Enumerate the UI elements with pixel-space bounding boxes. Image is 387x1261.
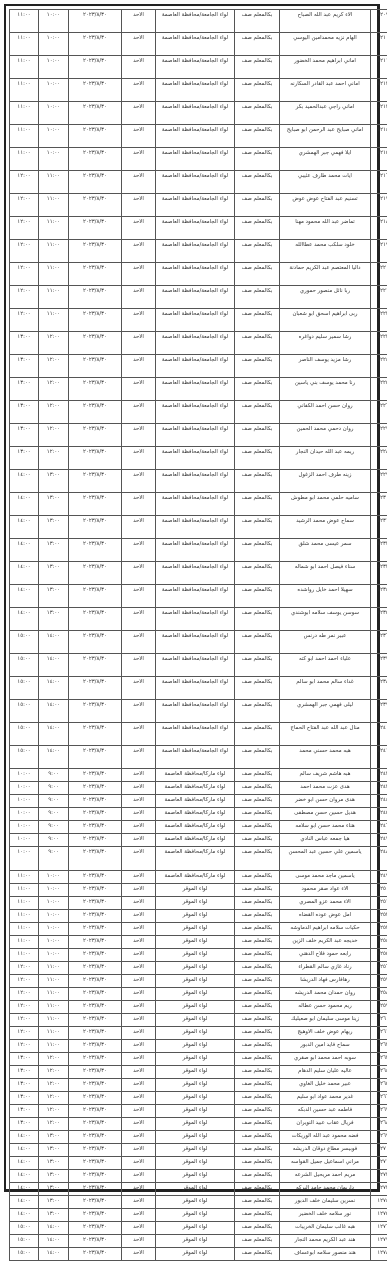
start-time: ١٢:٠٠ (39, 424, 69, 447)
table-row: ١٢٦٣سوبه احمد محمد ابو صقريبكالمعلم صفلو… (10, 1053, 387, 1066)
exam-date: ٢٠٢٣/٨/٣٠ (69, 834, 122, 847)
end-time: ١٠:٠٠ (10, 808, 39, 821)
row-number: ١٢٦٢ (371, 1040, 387, 1053)
row-number: ١٢٤٨ (371, 847, 387, 871)
row-number: ١٢١٠ (371, 33, 387, 56)
table-row: ١٢١٩خلود سلكب محمد عطااللهبكالمعلم صفلوا… (10, 240, 387, 263)
exam-date: ٢٠٢٣/٨/٣٠ (69, 795, 122, 808)
exam-day: الاحد (122, 1157, 156, 1170)
exam-date: ٢٠٢٣/٨/٣٠ (69, 1118, 122, 1131)
row-number: ١٢٧٢ (371, 1170, 387, 1183)
exam-date: ٢٠٢٣/٨/٣٠ (69, 746, 122, 769)
candidate-name: روان دحمي محمد الحمين (280, 424, 371, 447)
grade-specialization: بكالمعلم صف (235, 782, 280, 795)
row-number: ١٢٥١ (371, 897, 387, 910)
exam-day: الاحد (122, 700, 156, 723)
exam-date: ٢٠٢٣/٨/٣٠ (69, 401, 122, 424)
row-number: ١٢٣٢ (371, 539, 387, 562)
exam-date: ٢٠٢٣/٨/٣٠ (69, 936, 122, 949)
end-time: ١٢:٠٠ (10, 962, 39, 975)
end-time: ١٠:٠٠ (10, 769, 39, 782)
exam-location: لواء الموقر (156, 1027, 235, 1040)
end-time: ١٤:٠٠ (10, 562, 39, 585)
table-row: ١٢٦٦غدير محمد عواد ابو سليمبكالمعلم صفلو… (10, 1092, 387, 1105)
exam-location: لواء الموقر (156, 1079, 235, 1092)
end-time: ١٣:٠٠ (10, 1053, 39, 1066)
grade-specialization: بكالمعلم صف (235, 1144, 280, 1157)
start-time: ١١:٠٠ (39, 263, 69, 286)
candidate-name: رهافارس فهاد الدريشا (280, 975, 371, 988)
row-number: ١٢٥٧ (371, 975, 387, 988)
start-time: ١١:٠٠ (39, 988, 69, 1001)
table-row: ١٢١٨تماضر عبد الله محمود مهنابكالمعلم صف… (10, 217, 387, 240)
exam-location: لواء الجامعة/محافظة العاصمة (156, 286, 235, 309)
exam-location: لواء الجامعة/محافظة العاصمة (156, 240, 235, 263)
grade-specialization: بكالمعلم صف (235, 194, 280, 217)
exam-location: لواء الجامعة/محافظة العاصمة (156, 493, 235, 516)
start-time: ١١:٠٠ (39, 1040, 69, 1053)
candidate-name: داريمان محمد حامد البركه (280, 1183, 371, 1196)
exam-date: ٢٠٢٣/٨/٣٠ (69, 910, 122, 923)
grade-specialization: بكالمعلم صف (235, 470, 280, 493)
exam-location: لواء ماركا/محافظة العاصمة (156, 871, 235, 884)
exam-day: الاحد (122, 539, 156, 562)
start-time: ١٣:٠٠ (39, 493, 69, 516)
exam-location: لواء الموقر (156, 1157, 235, 1170)
grade-specialization: بكالمعلم صف (235, 539, 280, 562)
candidate-name: ساميه حلمي محمد ابو مطوش (280, 493, 371, 516)
table-row: ١٢٤٦هناء محمد حسن ابو سلامهبكالمعلم صفلو… (10, 821, 387, 834)
row-number: ١٢٦٩ (371, 1131, 387, 1144)
exam-day: الاحد (122, 975, 156, 988)
end-time: ١٣:٠٠ (10, 332, 39, 355)
table-row: ١٢٦٤عاليه عليان سليم الدهامبكالمعلم صفلو… (10, 1066, 387, 1079)
candidate-name: رنا محمد يوسف بني ياسين (280, 378, 371, 401)
grade-specialization: بكالمعلم صف (235, 401, 280, 424)
grade-specialization: بكالمعلم صف (235, 10, 280, 33)
exam-location: لواء الجامعة/محافظة العاصمة (156, 608, 235, 631)
candidate-name: سمر عيسى محمد شلق (280, 539, 371, 562)
candidate-name: هديل حسين حسن مصطفى (280, 808, 371, 821)
grade-specialization: بكالمعلم صف (235, 677, 280, 700)
table-row: ١٢٦٠زينا موسى سليمان ابو صعيليكبكالمعلم … (10, 1014, 387, 1027)
end-time: ١٢:٠٠ (10, 1001, 39, 1014)
candidate-name: اماني احمد عبد القادر السكارنه (280, 79, 371, 102)
start-time: ١١:٠٠ (39, 194, 69, 217)
row-number: ١٢٢١ (371, 286, 387, 309)
candidate-name: عبير نمر طه درنس (280, 631, 371, 654)
exam-location: لواء الجامعة/محافظة العاصمة (156, 424, 235, 447)
row-number: ١٢٦١ (371, 1027, 387, 1040)
candidate-name: سماح عوض محمد الرشيد (280, 516, 371, 539)
start-time: ١٢:٠٠ (39, 1053, 69, 1066)
row-number: ١٢٤٥ (371, 808, 387, 821)
exam-location: لواء الجامعة/محافظة العاصمة (156, 746, 235, 769)
row-number: ١٢٣٩ (371, 700, 387, 723)
candidate-name: تسنيم عبد الفتاح عوض عوض (280, 194, 371, 217)
table-row: ١٢٧٢مريم احمد مريحيل الشرعهبكالمعلم صفلو… (10, 1170, 387, 1183)
exam-location: لواء الجامعة/محافظة العاصمة (156, 33, 235, 56)
exam-date: ٢٠٢٣/٨/٣٠ (69, 871, 122, 884)
exam-day: الاحد (122, 217, 156, 240)
start-time: ١٠:٠٠ (39, 910, 69, 923)
end-time: ١٥:٠٠ (10, 677, 39, 700)
candidate-name: فوبيسر مطاع دوقان الدريشه (280, 1144, 371, 1157)
exam-location: لواء الموقر (156, 1144, 235, 1157)
exam-date: ٢٠٢٣/٨/٣٠ (69, 608, 122, 631)
start-time: ١٣:٠٠ (39, 562, 69, 585)
end-time: ١٢:٠٠ (10, 194, 39, 217)
table-row: ١٢٤٥هديل حسين حسن مصطفىبكالمعلم صفلواء م… (10, 808, 387, 821)
exam-location: لواء الجامعة/محافظة العاصمة (156, 56, 235, 79)
candidate-name: الاء كريم عبد الله الصباح (280, 10, 371, 33)
table-row: ١٢٤٢هبه هاشم شريف سالمبكالمعلم صفلواء ما… (10, 769, 387, 782)
exam-date: ٢٠٢٣/٨/٣٠ (69, 79, 122, 102)
grade-specialization: بكالمعلم صف (235, 1014, 280, 1027)
candidate-name: سماح فايد امين الدبور (280, 1040, 371, 1053)
exam-location: لواء الجامعة/محافظة العاصمة (156, 700, 235, 723)
candidate-name: ياسمين علي حسين عبد المحسن (280, 847, 371, 871)
exam-date: ٢٠٢٣/٨/٣٠ (69, 1027, 122, 1040)
row-number: ١٢٥٢ (371, 910, 387, 923)
table-row: ١٢٣٧علياء احمد احمد ابو كتهبكالمعلم صفلو… (10, 654, 387, 677)
exam-date: ٢٠٢٣/٨/٣٠ (69, 949, 122, 962)
row-number: ١٢٦٨ (371, 1118, 387, 1131)
end-time: ١١:٠٠ (10, 884, 39, 897)
start-time: ١٤:٠٠ (39, 654, 69, 677)
row-number: ١٢١٩ (371, 240, 387, 263)
table-row: ١٢٣٨غداء سالم محمد ابو سالمبكالمعلم صفلو… (10, 677, 387, 700)
start-time: ١٢:٠٠ (39, 378, 69, 401)
table-row: ١٢٦٥عبير محمد خليل الغاويبكالمعلم صفلواء… (10, 1079, 387, 1092)
exam-date: ٢٠٢٣/٨/٣٠ (69, 769, 122, 782)
end-time: ١٠:٠٠ (10, 782, 39, 795)
exam-day: الاحد (122, 1001, 156, 1014)
exam-day: الاحد (122, 125, 156, 148)
exam-day: الاحد (122, 332, 156, 355)
schedule-table: ١٢٠٩الاء كريم عبد الله الصباحبكالمعلم صف… (9, 9, 387, 1200)
grade-specialization: بكالمعلم صف (235, 102, 280, 125)
exam-day: الاحد (122, 677, 156, 700)
exam-date: ٢٠٢٣/٨/٣٠ (69, 493, 122, 516)
exam-day: الاحد (122, 1027, 156, 1040)
end-time: ١٤:٠٠ (10, 1131, 39, 1144)
end-time: ١١:٠٠ (10, 125, 39, 148)
exam-location: لواء الموقر (156, 1001, 235, 1014)
grade-specialization: بكالمعلم صف (235, 1001, 280, 1014)
end-time: ١٢:٠٠ (10, 240, 39, 263)
row-number: ١٢٦٧ (371, 1105, 387, 1118)
exam-day: الاحد (122, 309, 156, 332)
candidate-name: ريم محمود حسن عطاله (280, 1001, 371, 1014)
row-number: ١٢٦٠ (371, 1014, 387, 1027)
table-row: ١٢٦٨فريال عقاب عبيد النويرانبكالمعلم صفل… (10, 1118, 387, 1131)
candidate-name: تماضر عبد الله محمود مهنا (280, 217, 371, 240)
exam-date: ٢٠٢٣/٨/٣٠ (69, 562, 122, 585)
start-time: ١٢:٠٠ (39, 1079, 69, 1092)
exam-day: الاحد (122, 562, 156, 585)
exam-day: الاحد (122, 884, 156, 897)
table-row: ١٢٢٨ريمه عبد الله حيدان النجاربكالمعلم ص… (10, 447, 387, 470)
exam-location: لواء ماركا/محافظة العاصمة (156, 821, 235, 834)
row-number: ١٢٣٣ (371, 562, 387, 585)
end-time: ١٥:٠٠ (10, 746, 39, 769)
exam-location: لواء ماركا/محافظة العاصمة (156, 808, 235, 821)
table-row: ١٢٧٣داريمان محمد حامد البركهبكالمعلم صفل… (10, 1183, 387, 1196)
exam-location: لواء الموقر (156, 1092, 235, 1105)
table-row: ١٢٢٧روان دحمي محمد الحمينبكالمعلم صفلواء… (10, 424, 387, 447)
grade-specialization: بكالمعلم صف (235, 217, 280, 240)
exam-date: ٢٠٢٣/٨/٣٠ (69, 808, 122, 821)
exam-date: ٢٠٢٣/٨/٣٠ (69, 1014, 122, 1027)
exam-day: الاحد (122, 240, 156, 263)
grade-specialization: بكالمعلم صف (235, 654, 280, 677)
grade-specialization: بكالمعلم صف (235, 1092, 280, 1105)
exam-day: الاحد (122, 355, 156, 378)
row-number: ١٢٤٠ (371, 723, 387, 746)
exam-date: ٢٠٢٣/٨/٣٠ (69, 1066, 122, 1079)
exam-location: لواء الموقر (156, 975, 235, 988)
exam-location: لواء الجامعة/محافظة العاصمة (156, 585, 235, 608)
exam-location: لواء الجامعة/محافظة العاصمة (156, 562, 235, 585)
exam-location: لواء الجامعة/محافظة العاصمة (156, 309, 235, 332)
end-time: ١٠:٠٠ (10, 821, 39, 834)
end-time: ١٣:٠٠ (10, 378, 39, 401)
table-row: ١٢٣٤سهيلا احمد خايل رواشدهبكالمعلم صفلوا… (10, 585, 387, 608)
end-time: ١٣:٠٠ (10, 1079, 39, 1092)
table-row: ١٢٢٦روان حسن احمد الكفانيبكالمعلم صفلواء… (10, 401, 387, 424)
exam-day: الاحد (122, 808, 156, 821)
grade-specialization: بكالمعلم صف (235, 723, 280, 746)
exam-date: ٢٠٢٣/٨/٣٠ (69, 1183, 122, 1196)
end-time: ١١:٠٠ (10, 949, 39, 962)
exam-date: ٢٠٢٣/٨/٣٠ (69, 217, 122, 240)
row-number: ١٢٧٤ (371, 1196, 387, 1201)
exam-day: الاحد (122, 746, 156, 769)
exam-day: الاحد (122, 1079, 156, 1092)
row-number: ١٢٢٨ (371, 447, 387, 470)
exam-day: الاحد (122, 33, 156, 56)
end-time: ١٣:٠٠ (10, 401, 39, 424)
end-time: ١٤:٠٠ (10, 539, 39, 562)
candidate-name: سوبه احمد محمد ابو صقري (280, 1053, 371, 1066)
exam-day: الاحد (122, 1131, 156, 1144)
exam-date: ٢٠٢٣/٨/٣٠ (69, 847, 122, 871)
start-time: ١٢:٠٠ (39, 355, 69, 378)
end-time: ١٣:٠٠ (10, 447, 39, 470)
exam-day: الاحد (122, 516, 156, 539)
table-row: ١٢٤٨ياسمين علي حسين عبد المحسنبكالمعلم ص… (10, 847, 387, 871)
end-time: ١٣:٠٠ (10, 1105, 39, 1118)
candidate-name: روان حسن احمد الكفاني (280, 401, 371, 424)
grade-specialization: بكالمعلم صف (235, 1118, 280, 1131)
candidate-name: اماني ابراهيم محمد الخضور (280, 56, 371, 79)
start-time: ١١:٠٠ (39, 240, 69, 263)
start-time: ٩:٠٠ (39, 795, 69, 808)
start-time: ١٠:٠٠ (39, 871, 69, 884)
end-time: ١١:٠٠ (10, 897, 39, 910)
candidate-name: هبه هاشم شريف سالم (280, 769, 371, 782)
candidate-name: امل عوض عوده القضاه (280, 910, 371, 923)
exam-day: الاحد (122, 286, 156, 309)
exam-day: الاحد (122, 1053, 156, 1066)
end-time: ١٢:٠٠ (10, 1027, 39, 1040)
start-time: ١٣:٠٠ (39, 1157, 69, 1170)
end-time: ١٢:٠٠ (10, 988, 39, 1001)
row-number: ١٢٣٧ (371, 654, 387, 677)
candidate-name: رشا مزيد يوسف الناصر (280, 355, 371, 378)
end-time: ١٤:٠٠ (10, 516, 39, 539)
exam-date: ٢٠٢٣/٨/٣٠ (69, 700, 122, 723)
candidate-name: هدى مروان حسن ابو خضر (280, 795, 371, 808)
table-row: ١٢٦١ريهام عوض خلف الاوهيجبكالمعلم صفلواء… (10, 1027, 387, 1040)
grade-specialization: بكالمعلم صف (235, 1170, 280, 1183)
exam-day: الاحد (122, 821, 156, 834)
exam-location: لواء الموقر (156, 936, 235, 949)
exam-date: ٢٠٢٣/٨/٣٠ (69, 10, 122, 33)
start-time: ١٤:٠٠ (39, 723, 69, 746)
start-time: ١٣:٠٠ (39, 1196, 69, 1201)
candidate-name: هدى عزت محمد احمد (280, 782, 371, 795)
start-time: ١٤:٠٠ (39, 700, 69, 723)
grade-specialization: بكالمعلم صف (235, 871, 280, 884)
exam-day: الاحد (122, 782, 156, 795)
exam-date: ٢٠٢٣/٨/٣٠ (69, 677, 122, 700)
grade-specialization: بكالمعلم صف (235, 897, 280, 910)
exam-day: الاحد (122, 962, 156, 975)
exam-day: الاحد (122, 1040, 156, 1053)
exam-date: ٢٠٢٣/٨/٣٠ (69, 148, 122, 171)
start-time: ٩:٠٠ (39, 834, 69, 847)
exam-date: ٢٠٢٣/٨/٣٠ (69, 332, 122, 355)
grade-specialization: بكالمعلم صف (235, 1157, 280, 1170)
exam-location: لواء الجامعة/محافظة العاصمة (156, 102, 235, 125)
exam-location: لواء الجامعة/محافظة العاصمة (156, 654, 235, 677)
exam-day: الاحد (122, 1092, 156, 1105)
row-number: ١٢٣٨ (371, 677, 387, 700)
end-time: ١٢:٠٠ (10, 217, 39, 240)
candidate-name: فريال عقاب عبيد النويران (280, 1118, 371, 1131)
exam-date: ٢٠٢٣/٨/٣٠ (69, 821, 122, 834)
candidate-name: فاطمه عبد حسين الدبكه (280, 1105, 371, 1118)
row-number: ١٢٢٣ (371, 332, 387, 355)
exam-day: الاحد (122, 102, 156, 125)
grade-specialization: بكالمعلم صف (235, 493, 280, 516)
table-row: ١٢٥٣حكيات سلامه ابراهيم الدماوشهبكالمعلم… (10, 923, 387, 936)
exam-day: الاحد (122, 1144, 156, 1157)
start-time: ١١:٠٠ (39, 171, 69, 194)
exam-location: لواء الجامعة/محافظة العاصمة (156, 217, 235, 240)
exam-date: ٢٠٢٣/٨/٣٠ (69, 1053, 122, 1066)
exam-date: ٢٠٢٣/٨/٣٠ (69, 1157, 122, 1170)
start-time: ١٣:٠٠ (39, 1183, 69, 1196)
grade-specialization: بكالمعلم صف (235, 1027, 280, 1040)
grade-specialization: بكالمعلم صف (235, 1053, 280, 1066)
table-row: ١٢٧١مراني اسماعيل جميل القواسهبكالمعلم ص… (10, 1157, 387, 1170)
row-number: ١٢٢٥ (371, 378, 387, 401)
candidate-name: منال عبد الله عبد الفتاح الحماج (280, 723, 371, 746)
end-time: ١٤:٠٠ (10, 1170, 39, 1183)
exam-day: الاحد (122, 79, 156, 102)
exam-location: لواء الجامعة/محافظة العاصمة (156, 723, 235, 746)
start-time: ١٤:٠٠ (39, 631, 69, 654)
start-time: ١٠:٠٠ (39, 148, 69, 171)
row-number: ١٢٣٠ (371, 493, 387, 516)
exam-location: لواء الجامعة/محافظة العاصمة (156, 516, 235, 539)
end-time: ١١:٠٠ (10, 910, 39, 923)
table-row: ١٢١٤اماني صبايح عبد الرحمن ابو صبايحبكال… (10, 125, 387, 148)
exam-location: لواء الموقر (156, 1105, 235, 1118)
end-time: ١٣:٠٠ (10, 355, 39, 378)
exam-location: لواء الجامعة/محافظة العاصمة (156, 470, 235, 493)
grade-specialization: بكالمعلم صف (235, 516, 280, 539)
exam-location: لواء الجامعة/محافظة العاصمة (156, 194, 235, 217)
table-row: ١٢٥٤خديجه عبد الكريم خلف الزينبكالمعلم ص… (10, 936, 387, 949)
start-time: ١٠:٠٠ (39, 10, 69, 33)
grade-specialization: بكالمعلم صف (235, 746, 280, 769)
candidate-name: هبه محمد حسني محمد (280, 746, 371, 769)
exam-day: الاحد (122, 949, 156, 962)
end-time: ١١:٠٠ (10, 871, 39, 884)
start-time: ٩:٠٠ (39, 782, 69, 795)
start-time: ١٣:٠٠ (39, 1131, 69, 1144)
grade-specialization: بكالمعلم صف (235, 769, 280, 782)
candidate-name: الاء عواد صقر محمود (280, 884, 371, 897)
exam-date: ٢٠٢٣/٨/٣٠ (69, 975, 122, 988)
exam-day: الاحد (122, 424, 156, 447)
exam-date: ٢٠٢٣/٨/٣٠ (69, 516, 122, 539)
exam-location: لواء الموقر (156, 884, 235, 897)
end-time: ١٣:٠٠ (10, 1118, 39, 1131)
exam-date: ٢٠٢٣/٨/٣٠ (69, 194, 122, 217)
grade-specialization: بكالمعلم صف (235, 286, 280, 309)
start-time: ١١:٠٠ (39, 309, 69, 332)
exam-location: لواء الموقر (156, 923, 235, 936)
row-number: ١٢٤٤ (371, 795, 387, 808)
exam-day: الاحد (122, 988, 156, 1001)
candidate-name: الاء محمد عزو المصري (280, 897, 371, 910)
end-time: ١٣:٠٠ (10, 424, 39, 447)
end-time: ١٤:٠٠ (10, 1183, 39, 1196)
grade-specialization: بكالمعلم صف (235, 125, 280, 148)
grade-specialization: بكالمعلم صف (235, 834, 280, 847)
end-time: ١٠:٠٠ (10, 847, 39, 871)
table-row: ١٢٧٠فوبيسر مطاع دوقان الدريشهبكالمعلم صف… (10, 1144, 387, 1157)
row-number: ١٢٤٧ (371, 834, 387, 847)
row-number: ١٢٢٠ (371, 263, 387, 286)
start-time: ١٠:٠٠ (39, 56, 69, 79)
exam-date: ٢٠٢٣/٨/٣٠ (69, 263, 122, 286)
candidate-name: عاليه عليان سليم الدهام (280, 1066, 371, 1079)
start-time: ١٣:٠٠ (39, 516, 69, 539)
grade-specialization: بكالمعلم صف (235, 355, 280, 378)
start-time: ١٢:٠٠ (39, 401, 69, 424)
table-row: ١٢٥٧رهافارس فهاد الدريشابكالمعلم صفلواء … (10, 975, 387, 988)
exam-day: الاحد (122, 447, 156, 470)
exam-day: الاحد (122, 795, 156, 808)
table-row: ١٢٥٥رابعه حمود فلاح الدهنيبكالمعلم صفلوا… (10, 949, 387, 962)
candidate-name: اماني صبايح عبد الرحمن ابو صبايح (280, 125, 371, 148)
row-number: ١٢٧٠ (371, 1144, 387, 1157)
exam-location: لواء الجامعة/محافظة العاصمة (156, 677, 235, 700)
candidate-name: ايات محمد طارف عثيبي (280, 171, 371, 194)
row-number: ١٢١٧ (371, 194, 387, 217)
exam-day: الاحد (122, 723, 156, 746)
candidate-name: نسرين سليمان خلف الدبور (280, 1196, 371, 1201)
table-row: ١٢٢١ربا نائل منصور حموريبكالمعلم صفلواء … (10, 286, 387, 309)
row-number: ١٢٠٩ (371, 10, 387, 33)
grade-specialization: بكالمعلم صف (235, 585, 280, 608)
